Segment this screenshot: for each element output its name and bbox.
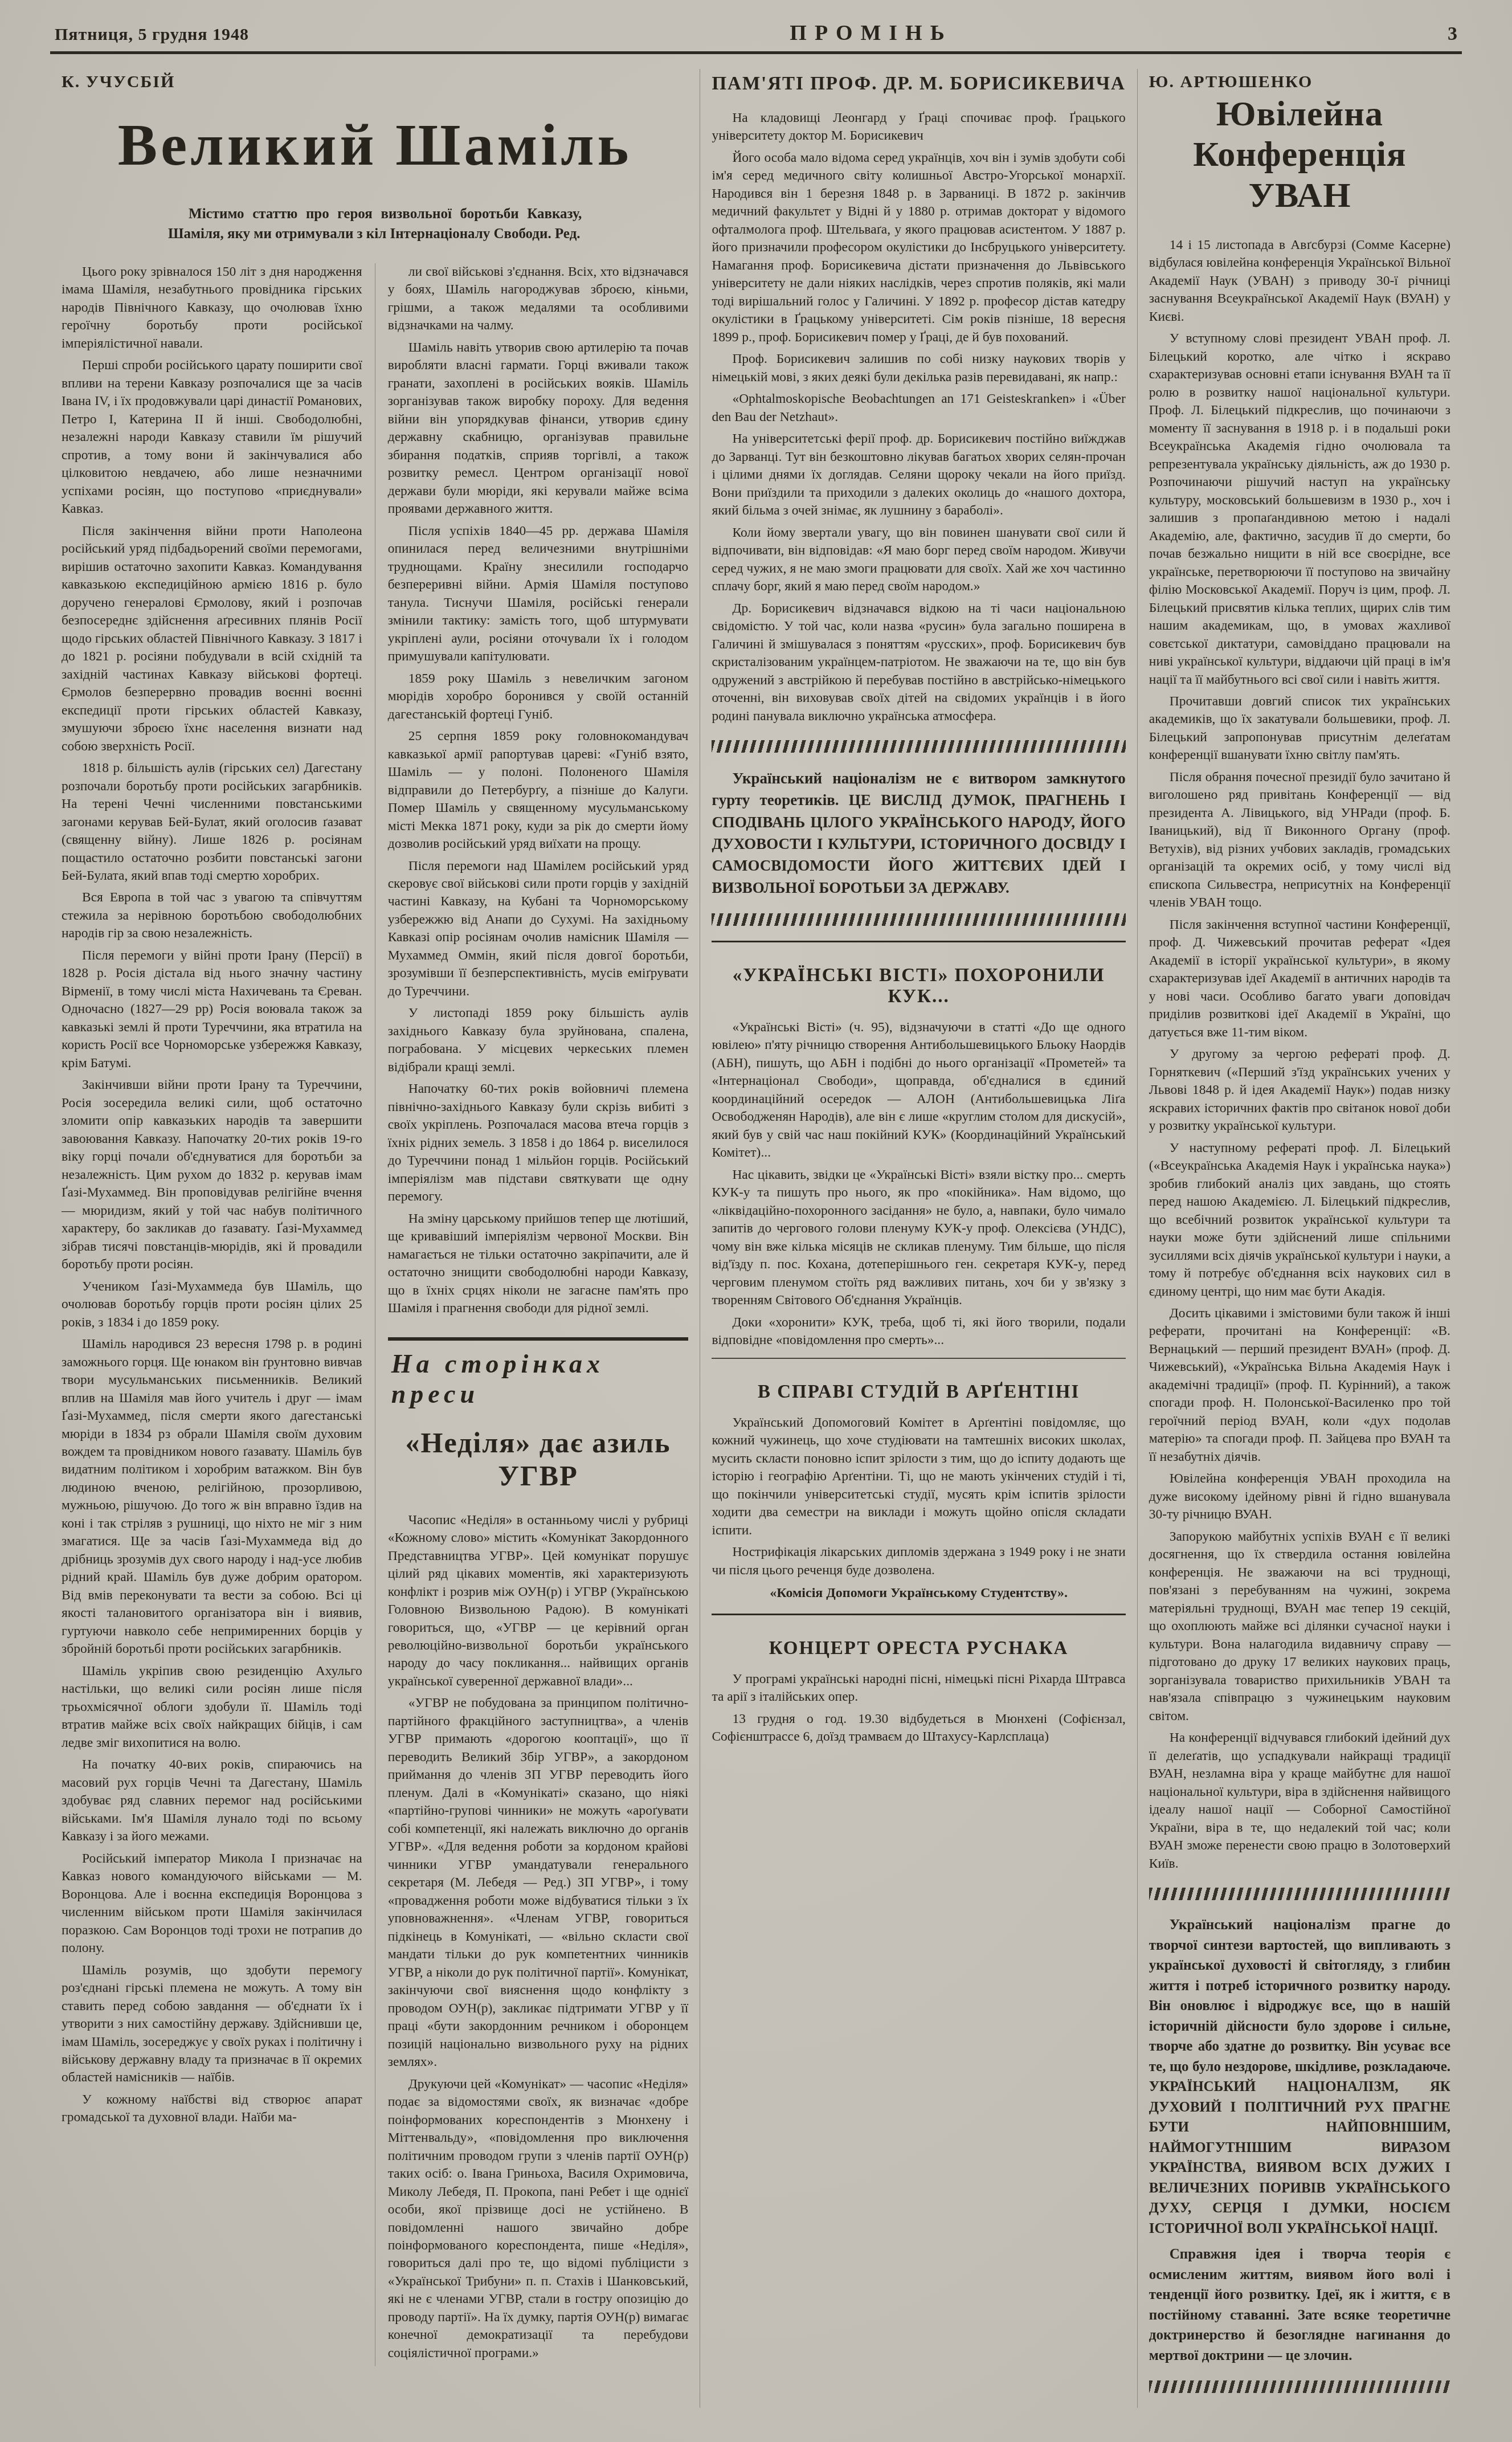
- paragraph: Др. Борисикевич відзначався відкою на ті…: [712, 600, 1125, 725]
- paragraph: У наступному рефераті проф. Л. Білецький…: [1149, 1140, 1450, 1301]
- masthead-date: Пятниця, 5 грудня 1948: [55, 25, 249, 44]
- concert-rule: [712, 1614, 1125, 1615]
- paragraph: На конференції відчувався глибокий ідейн…: [1149, 1729, 1450, 1873]
- page-number: 3: [1448, 23, 1457, 45]
- manifesto-hatch-bottom: [1149, 2380, 1450, 2393]
- manifesto-hatch-top: [1149, 1888, 1450, 1900]
- newspaper-page: Пятниця, 5 грудня 1948 ПРОМІНЬ 3 К. УЧУС…: [0, 0, 1512, 2442]
- paragraph: Проф. Борисикевич залишив по собі низку …: [712, 350, 1125, 386]
- nationalism-manifesto: Український націоналізм прагне до творчо…: [1149, 1915, 1450, 2366]
- hatched-divider-top: [712, 740, 1125, 753]
- manifesto-paragraph-1: Український націоналізм прагне до творчо…: [1149, 1915, 1450, 2239]
- paragraph: Російський імператор Микола I призначає …: [62, 1850, 362, 1958]
- paragraph: «УГВР не побудована за принципом політич…: [388, 1694, 689, 2071]
- paragraph: На кладовищі Леонгард у Ґраці спочиває п…: [712, 109, 1125, 145]
- press-review-rule: [388, 1337, 689, 1341]
- paragraph: Часопис «Неділя» в останньому числі у ру…: [388, 1512, 689, 1691]
- paragraph: У програмі українські народні пісні, нім…: [712, 1671, 1125, 1706]
- paragraph: Досить цікавими і змістовими були також …: [1149, 1305, 1450, 1466]
- argentina-article-body: Український Допомоговий Комітет в Арґент…: [712, 1414, 1125, 1579]
- concert-article-body: У програмі українські народні пісні, нім…: [712, 1671, 1125, 1746]
- paragraph: Його особа мало відома серед українців, …: [712, 149, 1125, 346]
- shamil-body: Цього року зрівналося 150 літ з дня наро…: [62, 263, 688, 2366]
- paragraph: ли свої військові з'єднання. Всіх, хто в…: [388, 263, 689, 335]
- paragraph: Після закінчення війни проти Наполеона р…: [62, 522, 362, 756]
- kuk-article-title: «УКРАЇНСЬКІ ВІСТІ» ПОХОРОНИЛИ КУК...: [712, 965, 1125, 1007]
- paragraph: «Українські Вісті» (ч. 95), відзначуючи …: [712, 1019, 1125, 1162]
- manifesto-paragraph-2: Справжня ідея і творча теорія є осмислен…: [1149, 2244, 1450, 2366]
- manifesto-caps: УКРАЇНСЬКИЙ НАЦІОНАЛІЗМ, ЯК ДУХОВИЙ І ПО…: [1149, 2079, 1450, 2236]
- paragraph: Коли йому звертали увагу, що він повинен…: [712, 524, 1125, 596]
- borysykevych-title: ПАМ'ЯТІ ПРОФ. ДР. М. БОРИСИКЕВИЧА: [712, 73, 1125, 95]
- paragraph: «Ophtalmoskopische Beobachtungen an 171 …: [712, 390, 1125, 426]
- shamil-title: Великий Шаміль: [62, 111, 688, 179]
- paragraph: У вступному слові президент УВАН проф. Л…: [1149, 330, 1450, 689]
- shamil-column-2: ли свої військові з'єднання. Всіх, хто в…: [375, 263, 689, 2366]
- kuk-title-line2: КУК...: [888, 986, 950, 1007]
- paragraph: Нас цікавить, звідки це «Українські Віст…: [712, 1166, 1125, 1310]
- paragraph: Учеником Ґазі-Мухаммеда був Шаміль, що о…: [62, 1278, 362, 1332]
- shamil-byline: К. УЧУСБІЙ: [62, 72, 688, 92]
- argentina-article-title: В СПРАВІ СТУДІЙ В АРҐЕНТІНІ: [712, 1382, 1125, 1403]
- paragraph: Шаміль укріпив свою резиденцію Ахульго н…: [62, 1663, 362, 1752]
- paragraph: Запорукою майбутніх успіхів ВУАН є її ве…: [1149, 1528, 1450, 1725]
- column-4: Ю. АРТЮШЕНКО Ювілейна Конференція УВАН 1…: [1137, 69, 1462, 2408]
- paragraph: Прочитавши довгий список тих українських…: [1149, 693, 1450, 765]
- paragraph: 14 і 15 листопада в Авґсбурзі (Сомме Кас…: [1149, 236, 1450, 326]
- paragraph: Після успіхів 1840—45 рр. держава Шаміля…: [388, 522, 689, 666]
- paragraph: Після закінчення вступної частини Конфер…: [1149, 916, 1450, 1042]
- hatched-divider-bottom: [712, 913, 1125, 926]
- section-press-review: На сторінках преси «Неділя» дає азиль УГ…: [388, 1349, 689, 2363]
- paragraph: Шаміль навіть утворив свою артилерію та …: [388, 339, 689, 518]
- paragraph: Вся Европа в той час з увагою та співчут…: [62, 889, 362, 942]
- paragraph: Ювілейна конференція УВАН проходила на д…: [1149, 1470, 1450, 1524]
- kuk-title-line1: «УКРАЇНСЬКІ ВІСТІ» ПОХОРОНИЛИ: [733, 965, 1105, 986]
- uvan-byline: Ю. АРТЮШЕНКО: [1149, 72, 1450, 92]
- paragraph: Перші спроби російського царату поширити…: [62, 357, 362, 518]
- uvan-title-line2: УВАН: [1248, 176, 1351, 215]
- column-3: ПАМ'ЯТІ ПРОФ. ДР. М. БОРИСИКЕВИЧА На кла…: [700, 69, 1137, 2408]
- paragraph: 1859 року Шаміль з невеличким загоном мю…: [388, 670, 689, 724]
- concert-article-title: КОНЦЕРТ ОРЕСТА РУСНАКА: [712, 1638, 1125, 1659]
- paragraph: Друкуючи цей «Комунікат» — часопис «Неді…: [388, 2076, 689, 2363]
- press-review-section-title: На сторінках преси: [391, 1349, 689, 1409]
- paragraph: Закінчивши війни проти Ірану та Туреччин…: [62, 1076, 362, 1273]
- shamil-column-1: Цього року зрівналося 150 літ з дня наро…: [62, 263, 375, 2366]
- nationalism-callout: Український націоналізм не є витвором за…: [712, 767, 1125, 899]
- masthead: Пятниця, 5 грудня 1948 ПРОМІНЬ 3: [50, 21, 1462, 46]
- uvan-title-line1: Ювілейна Конференція: [1193, 95, 1406, 174]
- paragraph: 25 серпня 1859 року головнокомандувач ка…: [388, 728, 689, 853]
- paragraph: У листопаді 1859 року більшість аулів за…: [388, 1004, 689, 1076]
- paragraph: 1818 р. більшість аулів (гірських сел) Д…: [62, 759, 362, 885]
- argentina-rule: [712, 1358, 1125, 1359]
- paragraph: У другому за чергою рефераті проф. Д. Го…: [1149, 1046, 1450, 1135]
- masthead-rule: [50, 51, 1462, 54]
- paragraph: Цього року зрівналося 150 літ з дня наро…: [62, 263, 362, 353]
- kuk-article-body: «Українські Вісті» (ч. 95), відзначуючи …: [712, 1019, 1125, 1350]
- paragraph: Після обрання почесної президії було зач…: [1149, 769, 1450, 912]
- paragraph: Після перемоги над Шамілем російський ур…: [388, 857, 689, 1001]
- section-rule: [712, 941, 1125, 942]
- uvan-article-body: 14 і 15 листопада в Авґсбурзі (Сомме Кас…: [1149, 236, 1450, 1873]
- paragraph: Шаміль народився 23 вересня 1798 р. в ро…: [62, 1336, 362, 1659]
- nedilya-article-body: Часопис «Неділя» в останньому числі у ру…: [388, 1512, 689, 2363]
- paragraph: Нострифікація лікарських дипломів здержа…: [712, 1543, 1125, 1579]
- argentina-signature: «Комісія Допомоги Українському Студентст…: [712, 1584, 1125, 1603]
- paragraph: Доки «хоронити» КУК, треба, щоб ті, які …: [712, 1314, 1125, 1350]
- article-shamil: К. УЧУСБІЙ Великий Шаміль Містимо статтю…: [50, 69, 700, 2408]
- paragraph: У кожному наїбстві від створює апарат гр…: [62, 2091, 362, 2127]
- page-columns: К. УЧУСБІЙ Великий Шаміль Містимо статтю…: [50, 69, 1462, 2408]
- uvan-article-title: Ювілейна Конференція УВАН: [1149, 94, 1450, 216]
- masthead-newspaper-title: ПРОМІНЬ: [790, 21, 952, 46]
- nedilya-article-title: «Неділя» дає азиль УГВР: [388, 1426, 689, 1492]
- paragraph: Напочатку 60-тих років войовничі племена…: [388, 1080, 689, 1206]
- paragraph: 13 грудня о год. 19.30 відбудеться в Мюн…: [712, 1710, 1125, 1746]
- paragraph: Український Допомоговий Комітет в Арґент…: [712, 1414, 1125, 1539]
- shamil-editorial-intro: Містимо статтю про героя визвольної боро…: [168, 204, 582, 244]
- shamil-column-2-text: ли свої військові з'єднання. Всіх, хто в…: [388, 263, 689, 1318]
- paragraph: На початку 40-вих років, спираючись на м…: [62, 1756, 362, 1845]
- borysykevych-body: На кладовищі Леонгард у Ґраці спочиває п…: [712, 109, 1125, 725]
- paragraph: На університетські ферії проф. др. Борис…: [712, 430, 1125, 520]
- paragraph: На зміну царському прийшов тепер ще люті…: [388, 1210, 689, 1318]
- paragraph: Після перемоги у війні проти Ірану (Перс…: [62, 947, 362, 1072]
- paragraph: Шаміль розумів, що здобути перемогу роз'…: [62, 1962, 362, 2087]
- manifesto-lead: Український націоналізм прагне до творчо…: [1149, 1917, 1450, 2075]
